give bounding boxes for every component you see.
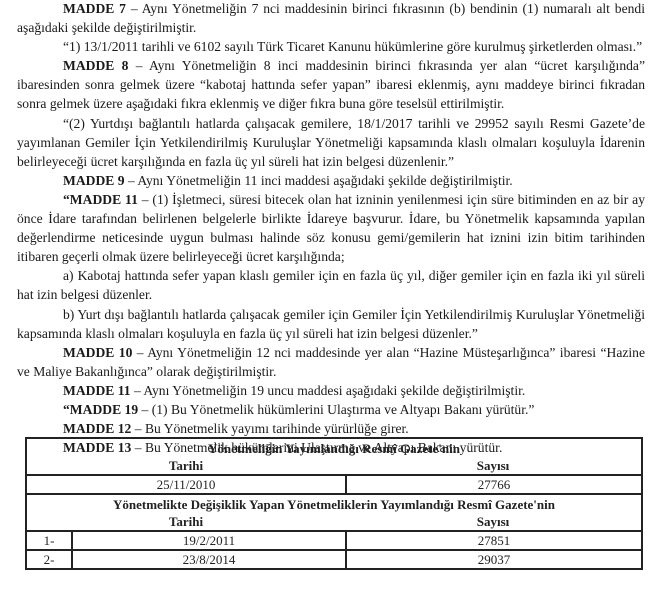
article-body: a) Kabotaj hattında sefer yapan klaslı g…: [17, 268, 645, 302]
article-paragraph: b) Yurt dışı bağlantılı hatlarda çalışac…: [17, 305, 645, 343]
row-date: 23/8/2014: [72, 550, 346, 569]
article-body: “(2) Yurtdışı bağlantılı hatlarda çalışa…: [17, 116, 645, 169]
article-paragraph: MADDE 7 – Aynı Yönetmeliğin 7 nci maddes…: [17, 0, 645, 37]
article-paragraph: MADDE 11 – Aynı Yönetmeliğin 19 uncu mad…: [17, 381, 645, 400]
section1-number: 27766: [346, 475, 642, 494]
article-body: – Aynı Yönetmeliğin 11 inci maddesi aşağ…: [125, 173, 513, 188]
article-heading: MADDE 10: [63, 345, 132, 360]
article-body: “1) 13/1/2011 tarihli ve 6102 sayılı Tür…: [63, 39, 642, 54]
article-paragraph: a) Kabotaj hattında sefer yapan klaslı g…: [17, 266, 645, 304]
article-heading: “MADDE 19: [63, 402, 138, 417]
section2-col-date: Tarihi: [27, 513, 345, 530]
section2-header: Yönetmelikte Değişiklik Yapan Yönetmelik…: [26, 494, 642, 531]
article-paragraph: MADDE 8 – Aynı Yönetmeliğin 8 inci madde…: [17, 56, 645, 113]
gazette-table: Yönetmeliğin Yayımlandığı Resmî Gazete'n…: [25, 437, 643, 570]
article-body: – Bu Yönetmelik yayımı tarihinde yürürlü…: [131, 421, 408, 436]
section2-header-row: Yönetmelikte Değişiklik Yapan Yönetmelik…: [26, 494, 642, 531]
article-paragraph: MADDE 12 – Bu Yönetmelik yayımı tarihind…: [17, 419, 645, 438]
row-number: 29037: [346, 550, 642, 569]
section1-date: 25/11/2010: [26, 475, 346, 494]
article-body: – Aynı Yönetmeliğin 19 uncu maddesi aşağ…: [131, 383, 526, 398]
table-row: 2- 23/8/2014 29037: [26, 550, 642, 569]
regulation-text: MADDE 7 – Aynı Yönetmeliğin 7 nci maddes…: [17, 0, 645, 457]
article-heading: MADDE 9: [63, 173, 125, 188]
article-paragraph: MADDE 9 – Aynı Yönetmeliğin 11 inci madd…: [17, 171, 645, 190]
section2-title: Yönetmelikte Değişiklik Yapan Yönetmelik…: [27, 496, 641, 513]
article-paragraph: “1) 13/1/2011 tarihli ve 6102 sayılı Tür…: [17, 37, 645, 56]
row-index: 2-: [26, 550, 72, 569]
article-paragraph: “(2) Yurtdışı bağlantılı hatlarda çalışa…: [17, 114, 645, 171]
article-paragraph: MADDE 10 – Aynı Yönetmeliğin 12 nci madd…: [17, 343, 645, 381]
article-heading: MADDE 11: [63, 383, 131, 398]
table-row: 1- 19/2/2011 27851: [26, 531, 642, 550]
article-heading: MADDE 7: [63, 1, 126, 16]
row-number: 27851: [346, 531, 642, 550]
article-paragraph: “MADDE 11 – (1) İşletmeci, süresi bitece…: [17, 190, 645, 266]
section1-header-row: Yönetmeliğin Yayımlandığı Resmî Gazete'n…: [26, 438, 642, 475]
article-heading: MADDE 8: [63, 58, 128, 73]
section2-col-number: Sayısı: [345, 513, 641, 530]
article-paragraph: “MADDE 19 – (1) Bu Yönetmelik hükümlerin…: [17, 400, 645, 419]
article-body: – (1) Bu Yönetmelik hükümlerini Ulaştırm…: [138, 402, 534, 417]
section1-col-number: Sayısı: [345, 457, 641, 474]
section1-title: Yönetmeliğin Yayımlandığı Resmî Gazete'n…: [27, 440, 641, 457]
article-heading: “MADDE 11: [63, 192, 138, 207]
row-index: 1-: [26, 531, 72, 550]
article-body: b) Yurt dışı bağlantılı hatlarda çalışac…: [17, 307, 645, 341]
table-row: 25/11/2010 27766: [26, 475, 642, 494]
section1-col-date: Tarihi: [27, 457, 345, 474]
article-heading: MADDE 12: [63, 421, 131, 436]
row-date: 19/2/2011: [72, 531, 346, 550]
section1-header: Yönetmeliğin Yayımlandığı Resmî Gazete'n…: [26, 438, 642, 475]
